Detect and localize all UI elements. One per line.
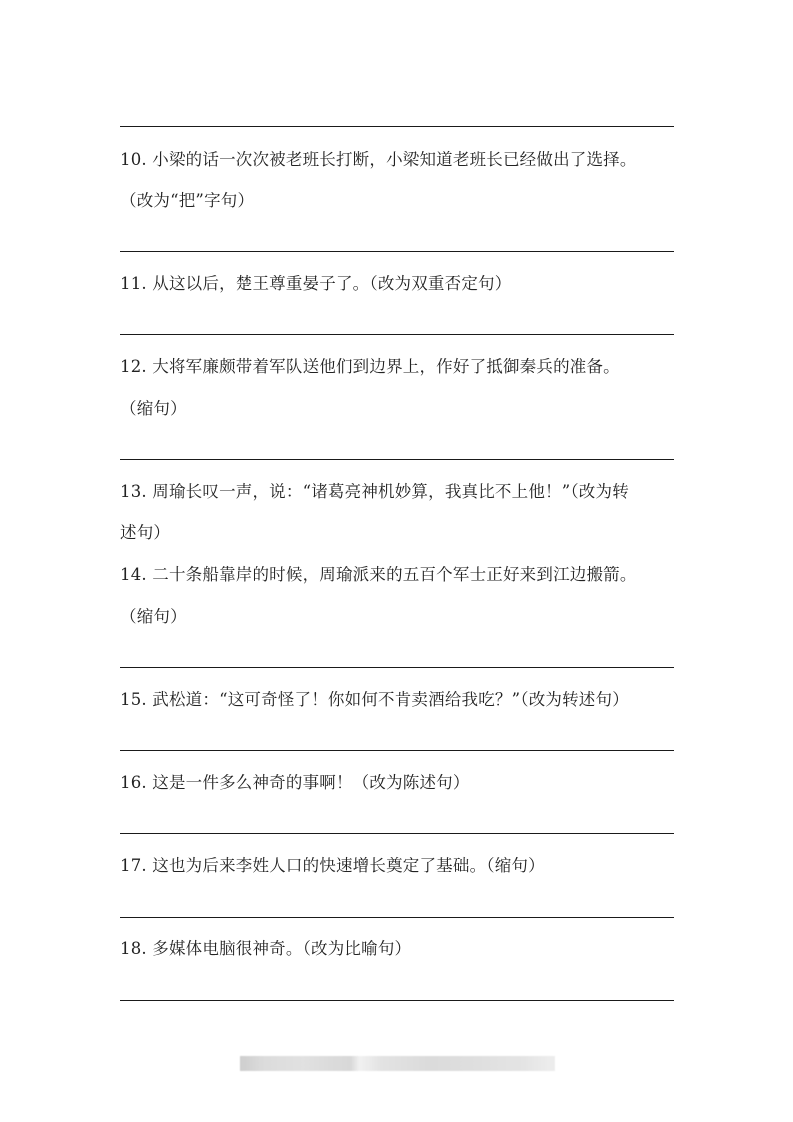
question-14-instruction: （缩句） <box>120 607 187 627</box>
question-13-instruction: 述句） <box>120 523 170 543</box>
blurred-footer <box>240 1056 555 1071</box>
question-12-text: 12. 大将军廉颇带着军队送他们到边界上，作好了抵御秦兵的准备。 <box>120 357 620 377</box>
question-18-text: 18. 多媒体电脑很神奇。（改为比喻句） <box>120 939 411 959</box>
answer-line-14 <box>120 667 674 668</box>
worksheet-page: 10. 小梁的话一次次被老班长打断，小梁知道老班长已经做出了选择。 （改为“把”… <box>0 0 793 1122</box>
question-13-text: 13. 周瑜长叹一声，说：“诸葛亮神机妙算，我真比不上他！”（改为转 <box>120 482 629 502</box>
question-10-instruction: （改为“把”字句） <box>120 191 254 211</box>
question-17-text: 17. 这也为后来李姓人口的快速增长奠定了基础。（缩句） <box>120 856 545 876</box>
question-16-text: 16. 这是一件多么神奇的事啊！（改为陈述句） <box>120 773 470 793</box>
answer-line-12 <box>120 459 674 460</box>
answer-line-11 <box>120 334 674 335</box>
answer-line-18 <box>120 1000 674 1001</box>
answer-line-10 <box>120 251 674 252</box>
answer-line-16 <box>120 833 674 834</box>
answer-line <box>120 126 674 127</box>
question-15-text: 15. 武松道：“这可奇怪了！你如何不肯卖酒给我吃？”（改为转述句） <box>120 690 629 710</box>
answer-line-15 <box>120 750 674 751</box>
question-12-instruction: （缩句） <box>120 399 187 419</box>
answer-line-17 <box>120 917 674 918</box>
question-11-text: 11. 从这以后，楚王尊重晏子了。（改为双重否定句） <box>120 274 511 294</box>
question-10-text: 10. 小梁的话一次次被老班长打断，小梁知道老班长已经做出了选择。 <box>120 150 637 170</box>
question-14-text: 14. 二十条船靠岸的时候，周瑜派来的五百个军士正好来到江边搬箭。 <box>120 565 637 585</box>
